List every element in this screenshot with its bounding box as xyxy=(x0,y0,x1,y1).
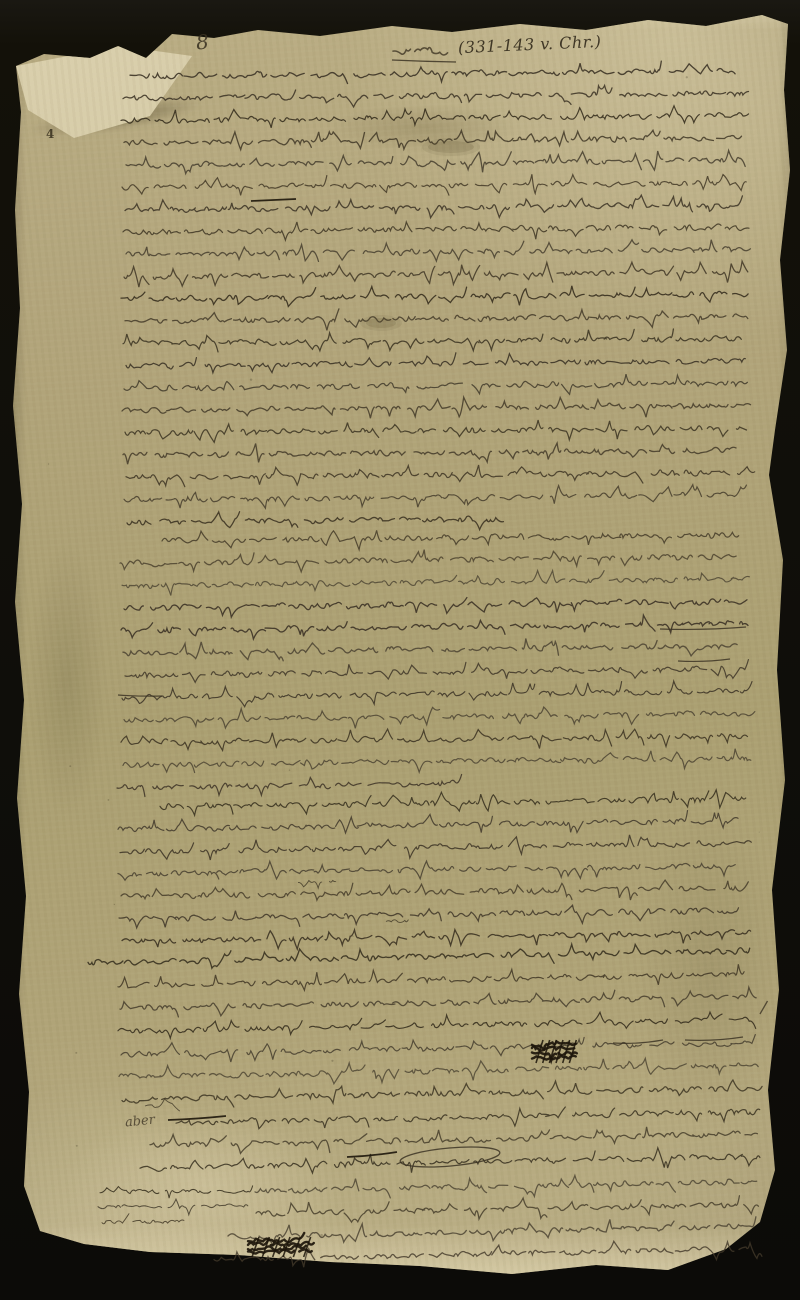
handwriting-line xyxy=(124,598,747,618)
handwriting-line xyxy=(102,1214,184,1224)
page-number: 8 xyxy=(195,29,210,54)
handwriting-line xyxy=(100,1186,253,1198)
margin-mark: 4 xyxy=(46,127,54,141)
underline-mark xyxy=(118,695,162,696)
handwriting-line xyxy=(123,86,749,107)
handwriting-line xyxy=(120,835,751,860)
handwriting-line xyxy=(123,639,737,661)
interlinear-insertion xyxy=(386,920,408,923)
ink-speck xyxy=(250,378,252,380)
handwriting-line xyxy=(118,861,735,880)
handwriting-line xyxy=(393,48,448,55)
ink-speck xyxy=(76,1145,78,1147)
handwriting-line xyxy=(121,615,748,639)
handwriting-line xyxy=(125,195,742,218)
underline-mark xyxy=(392,60,456,62)
handwriting-line xyxy=(119,1059,758,1084)
handwriting-line xyxy=(122,397,751,418)
handwriting-line xyxy=(123,443,736,464)
handwriting-line xyxy=(126,353,745,373)
handwriting-line xyxy=(140,1148,760,1173)
handwriting-line xyxy=(256,1196,758,1222)
ink-speck xyxy=(75,1052,77,1054)
interlinear-insertion xyxy=(298,881,336,889)
handwriting-line xyxy=(124,707,755,728)
handwriting-line xyxy=(255,1176,757,1198)
handwriting-line xyxy=(122,930,751,949)
handwriting-line xyxy=(98,1199,248,1215)
strikethrough-mark xyxy=(168,1116,226,1120)
handwriting-line xyxy=(122,681,752,707)
handwriting-line xyxy=(122,1080,762,1107)
handwriting-line xyxy=(121,286,748,307)
ink-speck xyxy=(320,1234,323,1237)
handwriting-line xyxy=(124,261,748,287)
margin-annotation-aber: aber xyxy=(124,1112,155,1130)
margin-slash-mark xyxy=(760,1001,768,1014)
handwriting-line xyxy=(176,1107,760,1129)
handwriting-line xyxy=(88,944,750,968)
ink-speck xyxy=(289,769,290,770)
handwriting-line xyxy=(127,512,503,530)
handwriting-line xyxy=(120,987,756,1017)
underline-mark xyxy=(613,1040,663,1043)
handwriting-line xyxy=(121,106,749,128)
handwriting-line xyxy=(119,905,739,928)
handwriting-line xyxy=(121,1035,755,1062)
ink-speck xyxy=(114,904,115,905)
strikethrough-mark xyxy=(347,1152,397,1157)
handwriting-line xyxy=(125,420,747,442)
ink-speck xyxy=(48,463,49,464)
handwriting-line xyxy=(120,550,736,572)
handwriting-line xyxy=(118,811,738,833)
underline-mark xyxy=(685,1037,743,1040)
handwriting-line xyxy=(125,660,748,683)
ink-speck xyxy=(290,230,291,231)
ink-smudge xyxy=(366,318,396,328)
ink-smudge xyxy=(428,141,474,153)
handwriting-line xyxy=(122,571,749,596)
handwriting-line xyxy=(160,790,746,815)
handwriting-line xyxy=(121,729,748,750)
underline-mark xyxy=(660,627,746,629)
underline-mark xyxy=(678,659,730,661)
handwriting-line xyxy=(121,880,748,900)
ink-speck xyxy=(352,936,353,937)
handwriting-line xyxy=(124,374,747,394)
ink-speck xyxy=(69,765,71,767)
interlinear-insertion xyxy=(145,1099,180,1111)
handwriting-line xyxy=(162,530,739,549)
handwriting-line xyxy=(125,309,748,331)
circled-phrase-mark xyxy=(399,1144,500,1171)
handwriting-line xyxy=(130,61,735,83)
handwriting-line xyxy=(123,749,751,773)
ink-speck xyxy=(108,799,110,801)
handwriting-line xyxy=(117,775,462,797)
handwriting-layer xyxy=(0,0,800,1300)
handwriting-line xyxy=(122,174,746,195)
handwriting-line xyxy=(150,1127,757,1154)
handwriting-line xyxy=(124,485,746,509)
handwriting-line xyxy=(123,222,749,240)
ink-speck xyxy=(686,76,688,78)
strikethrough-mark xyxy=(251,199,296,201)
handwriting-line xyxy=(126,240,750,262)
ink-speck xyxy=(331,1060,333,1062)
handwriting-line xyxy=(123,329,741,352)
handwriting-line xyxy=(118,1012,756,1038)
handwriting-line xyxy=(126,465,755,487)
scanned-manuscript-page: 8 (331-143 v. Chr.) aber 4 xyxy=(0,0,800,1300)
ink-speck xyxy=(759,832,760,833)
